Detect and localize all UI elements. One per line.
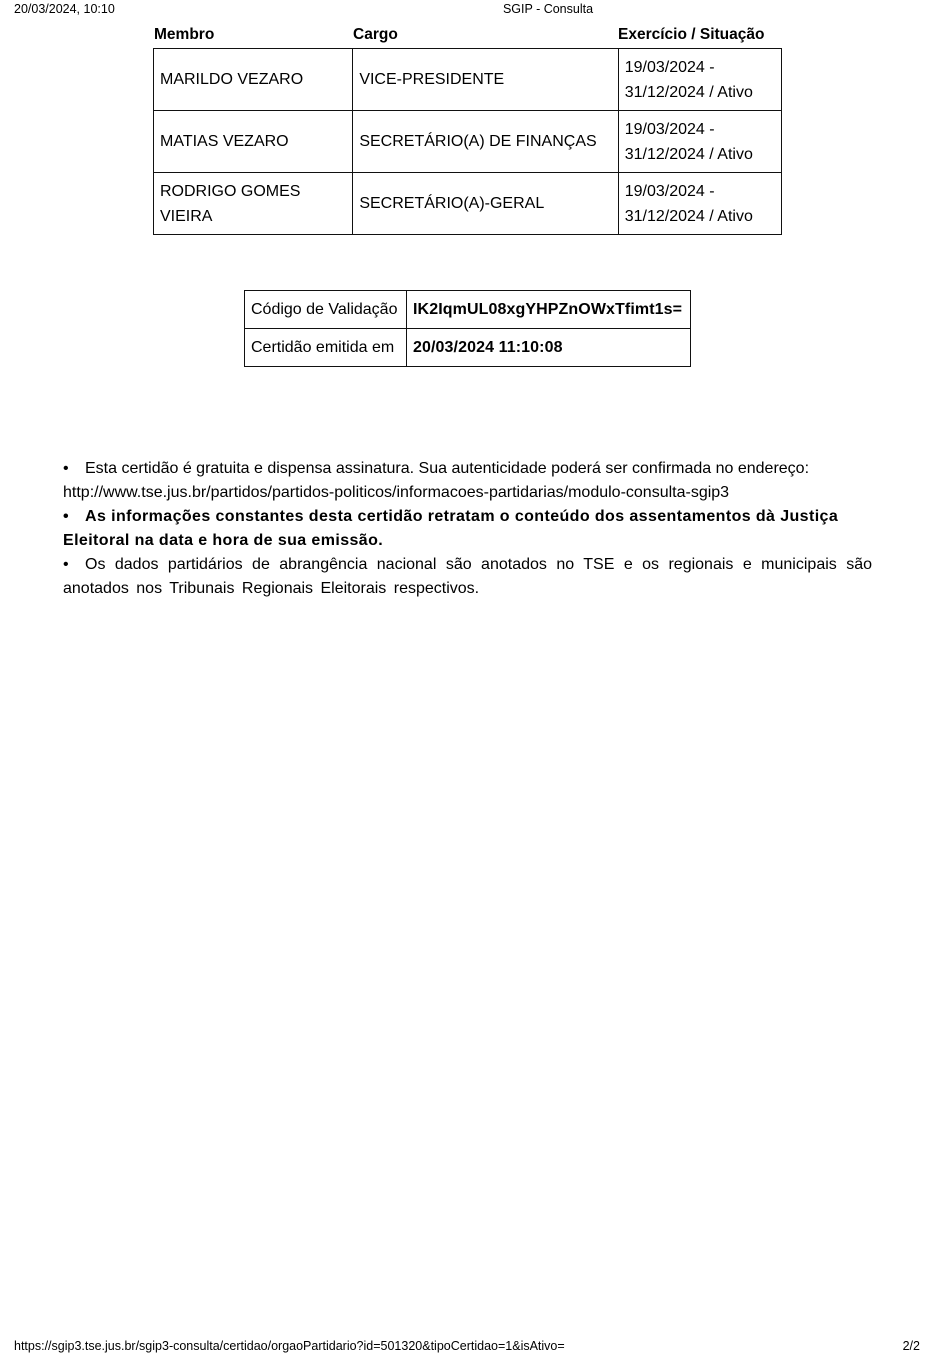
note-text: Os dados partidários de abrangência naci… [63,556,872,597]
note-text: As informações constantes desta certidão… [63,508,838,549]
table-row: MARILDO VEZARO VICE-PRESIDENTE 19/03/202… [154,49,782,111]
validation-code-label: Código de Validação [245,291,407,329]
members-table-header: Membro Cargo Exercício / Situação [154,26,782,46]
table-row: RODRIGO GOMES VIEIRA SECRETÁRIO(A)-GERAL… [154,173,782,235]
note-data-scope: •Os dados partidários de abrangência nac… [63,553,872,601]
cell-exercicio-situacao: 19/03/2024 - 31/12/2024 / Ativo [618,111,781,173]
cell-cargo: SECRETÁRIO(A) DE FINANÇAS [353,111,618,173]
issued-at-value: 20/03/2024 11:10:08 [407,329,691,367]
column-header-exercicio-situacao: Exercício / Situação [618,26,764,44]
cell-membro: RODRIGO GOMES VIEIRA [154,173,353,235]
cell-cargo: VICE-PRESIDENTE [353,49,618,111]
issued-at-row: Certidão emitida em 20/03/2024 11:10:08 [245,329,691,367]
bullet-icon: • [63,457,85,481]
cell-exercicio-situacao: 19/03/2024 - 31/12/2024 / Ativo [618,173,781,235]
note-information-disclaimer: •As informações constantes desta certidã… [63,505,872,553]
exercicio-end-status: 31/12/2024 / Ativo [625,204,775,229]
exercicio-end-status: 31/12/2024 / Ativo [625,80,775,105]
bullet-icon: • [63,505,85,529]
cell-membro: MATIAS VEZARO [154,111,353,173]
bullet-icon: • [63,553,85,577]
issued-at-label: Certidão emitida em [245,329,407,367]
print-header-title: SGIP - Consulta [0,2,946,16]
members-table: MARILDO VEZARO VICE-PRESIDENTE 19/03/202… [153,48,782,235]
validation-code-value: IK2IqmUL08xgYHPZnOWxTfimt1s= [407,291,691,329]
membro-name-line1: RODRIGO GOMES [160,179,346,204]
table-row: MATIAS VEZARO SECRETÁRIO(A) DE FINANÇAS … [154,111,782,173]
membro-name-line2: VIEIRA [160,204,346,229]
note-text: Esta certidão é gratuita e dispensa assi… [85,460,809,477]
verification-url[interactable]: http://www.tse.jus.br/partidos/partidos-… [63,484,729,501]
notes-section: •Esta certidão é gratuita e dispensa ass… [63,457,872,601]
print-footer-url: https://sgip3.tse.jus.br/sgip3-consulta/… [14,1339,565,1353]
exercicio-start: 19/03/2024 - [625,179,775,204]
validation-code-row: Código de Validação IK2IqmUL08xgYHPZnOWx… [245,291,691,329]
note-free-certificate: •Esta certidão é gratuita e dispensa ass… [63,457,872,505]
column-header-membro: Membro [154,26,214,44]
print-footer-page-number: 2/2 [903,1339,920,1353]
validation-table: Código de Validação IK2IqmUL08xgYHPZnOWx… [244,290,691,367]
column-header-cargo: Cargo [353,26,398,44]
cell-exercicio-situacao: 19/03/2024 - 31/12/2024 / Ativo [618,49,781,111]
cell-membro: MARILDO VEZARO [154,49,353,111]
exercicio-start: 19/03/2024 - [625,55,775,80]
exercicio-end-status: 31/12/2024 / Ativo [625,142,775,167]
cell-cargo: SECRETÁRIO(A)-GERAL [353,173,618,235]
exercicio-start: 19/03/2024 - [625,117,775,142]
